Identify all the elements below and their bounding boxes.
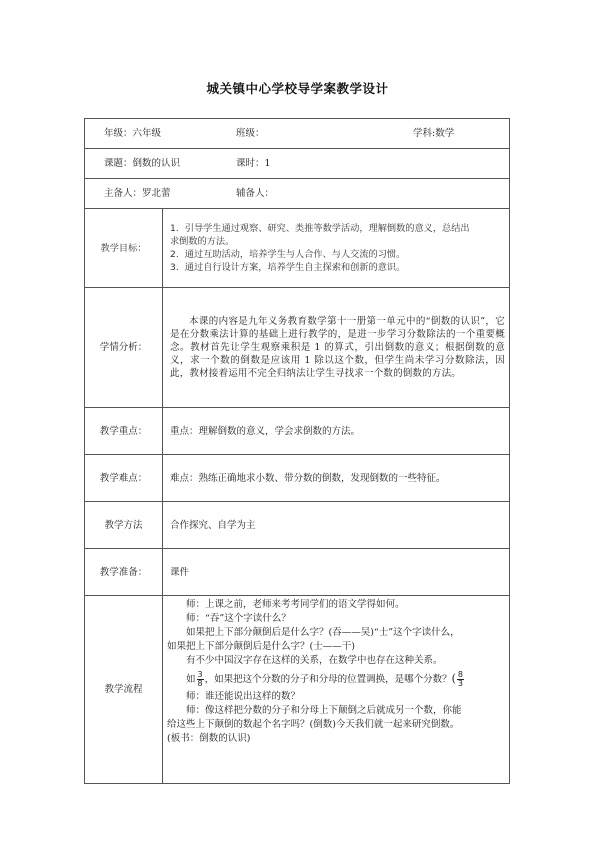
lesson-plan-table: 年级：六年级 班级： 学科:数学 课题：倒数的认识 课时：1 主备人：罗北蕾 辅… xyxy=(84,118,510,784)
preparation-text: 课件 xyxy=(170,566,505,579)
period-field: 课时：1 xyxy=(236,149,271,178)
learner-analysis-text: 本课的内容是九年义务教育数学第十一册第一单元中的“倒数的认识”，它是在分数乘法计… xyxy=(170,315,505,380)
preparation-label: 教学准备： xyxy=(85,549,163,595)
process-line-fraction: 如38，如果把这个分数的分子和分母的位置调换，是哪个分数？(83 xyxy=(167,668,505,690)
row-teaching-goals: 教学目标： 1.引导学生通过观察、研究、类推等数学活动，理解倒数的意义，总结出 … xyxy=(85,209,509,288)
process-line: (板书：倒数的认识) xyxy=(167,732,505,746)
method-content: 合作探究、自学为主 xyxy=(163,502,509,548)
goal-item-3: 3.通过自行设计方案，培养学生自主探索和创新的意识。 xyxy=(170,261,505,274)
method-label: 教学方法 xyxy=(85,502,163,548)
lead-preparer-field: 主备人：罗北蕾 xyxy=(104,179,171,208)
topic-field: 课题：倒数的认识 xyxy=(104,149,180,178)
process-line: 师：“吞”这个字读什么？ xyxy=(167,612,505,626)
difficulty-text: 难点：熟练正确地求小数、带分数的倒数，发现倒数的一些特征。 xyxy=(170,472,505,485)
subject-field: 学科:数学 xyxy=(413,119,454,148)
row-learner-analysis: 学情分析： 本课的内容是九年义务教育数学第十一册第一单元中的“倒数的认识”，它是… xyxy=(85,288,509,408)
row-difficulty: 教学难点： 难点：熟练正确地求小数、带分数的倒数，发现倒数的一些特征。 xyxy=(85,455,509,502)
row-key-point: 教学重点： 重点：理解倒数的意义，学会求倒数的方法。 xyxy=(85,408,509,455)
goal-item-1: 1.引导学生通过观察、研究、类推等数学活动，理解倒数的意义，总结出 xyxy=(170,222,505,235)
row-preparation: 教学准备： 课件 xyxy=(85,549,509,596)
process-line: 师：谁还能说出这样的数？ xyxy=(167,690,505,704)
key-point-content: 重点：理解倒数的意义，学会求倒数的方法。 xyxy=(163,408,509,454)
difficulty-content: 难点：熟练正确地求小数、带分数的倒数，发现倒数的一些特征。 xyxy=(163,455,509,501)
process-line: 如果把上下部分颠倒后是什么字？(士——干) xyxy=(167,640,505,654)
teaching-goals-content: 1.引导学生通过观察、研究、类推等数学活动，理解倒数的意义，总结出 求倒数的方法… xyxy=(163,209,509,287)
fraction-eight-thirds: 83 xyxy=(457,671,464,688)
goal-item-2: 2.通过互助活动，培养学生与人合作、与人交流的习惯。 xyxy=(170,248,505,261)
fraction-three-eighths: 38 xyxy=(197,671,204,688)
key-point-text: 重点：理解倒数的意义，学会求倒数的方法。 xyxy=(170,425,505,438)
row-topic: 课题：倒数的认识 课时：1 xyxy=(85,149,509,179)
assistant-preparer-field: 辅备人： xyxy=(236,179,274,208)
process-line: 给这些上下颠倒的数起个名字吗？(倒数)今天我们就一起来研究倒数。 xyxy=(167,718,505,732)
goal-item-1-continued: 求倒数的方法。 xyxy=(170,235,505,248)
difficulty-label: 教学难点： xyxy=(85,455,163,501)
class-field: 班级： xyxy=(236,119,265,148)
learner-analysis-label: 学情分析： xyxy=(85,288,163,407)
grade-field: 年级：六年级 xyxy=(104,119,161,148)
process-line: 师：像这样把分数的分子和分母上下颠倒之后就成另一个数，你能 xyxy=(167,704,505,718)
teaching-process-label: 教学流程 xyxy=(85,596,163,783)
learner-analysis-content: 本课的内容是九年义务教育数学第十一册第一单元中的“倒数的认识”，它是在分数乘法计… xyxy=(163,288,509,407)
key-point-label: 教学重点： xyxy=(85,408,163,454)
process-line: 如果把上下部分颠倒后是什么字？(吞——吴)“士”这个字读什么， xyxy=(167,626,505,640)
process-line: 有不少中国汉字存在这样的关系，在数学中也存在这种关系。 xyxy=(167,654,505,668)
document-title: 城关镇中心学校导学案教学设计 xyxy=(0,79,595,97)
row-preparers: 主备人：罗北蕾 辅备人： xyxy=(85,179,509,209)
teaching-process-content: 师：上课之前，老师来考考同学们的语文学得如何。 师：“吞”这个字读什么？ 如果把… xyxy=(163,596,509,783)
method-text: 合作探究、自学为主 xyxy=(170,519,505,532)
teaching-goals-label: 教学目标： xyxy=(85,209,163,287)
preparation-content: 课件 xyxy=(163,549,509,595)
row-method: 教学方法 合作探究、自学为主 xyxy=(85,502,509,549)
process-line: 师：上课之前，老师来考考同学们的语文学得如何。 xyxy=(167,598,505,612)
row-grade: 年级：六年级 班级： 学科:数学 xyxy=(85,119,509,149)
row-teaching-process: 教学流程 师：上课之前，老师来考考同学们的语文学得如何。 师：“吞”这个字读什么… xyxy=(85,596,509,783)
